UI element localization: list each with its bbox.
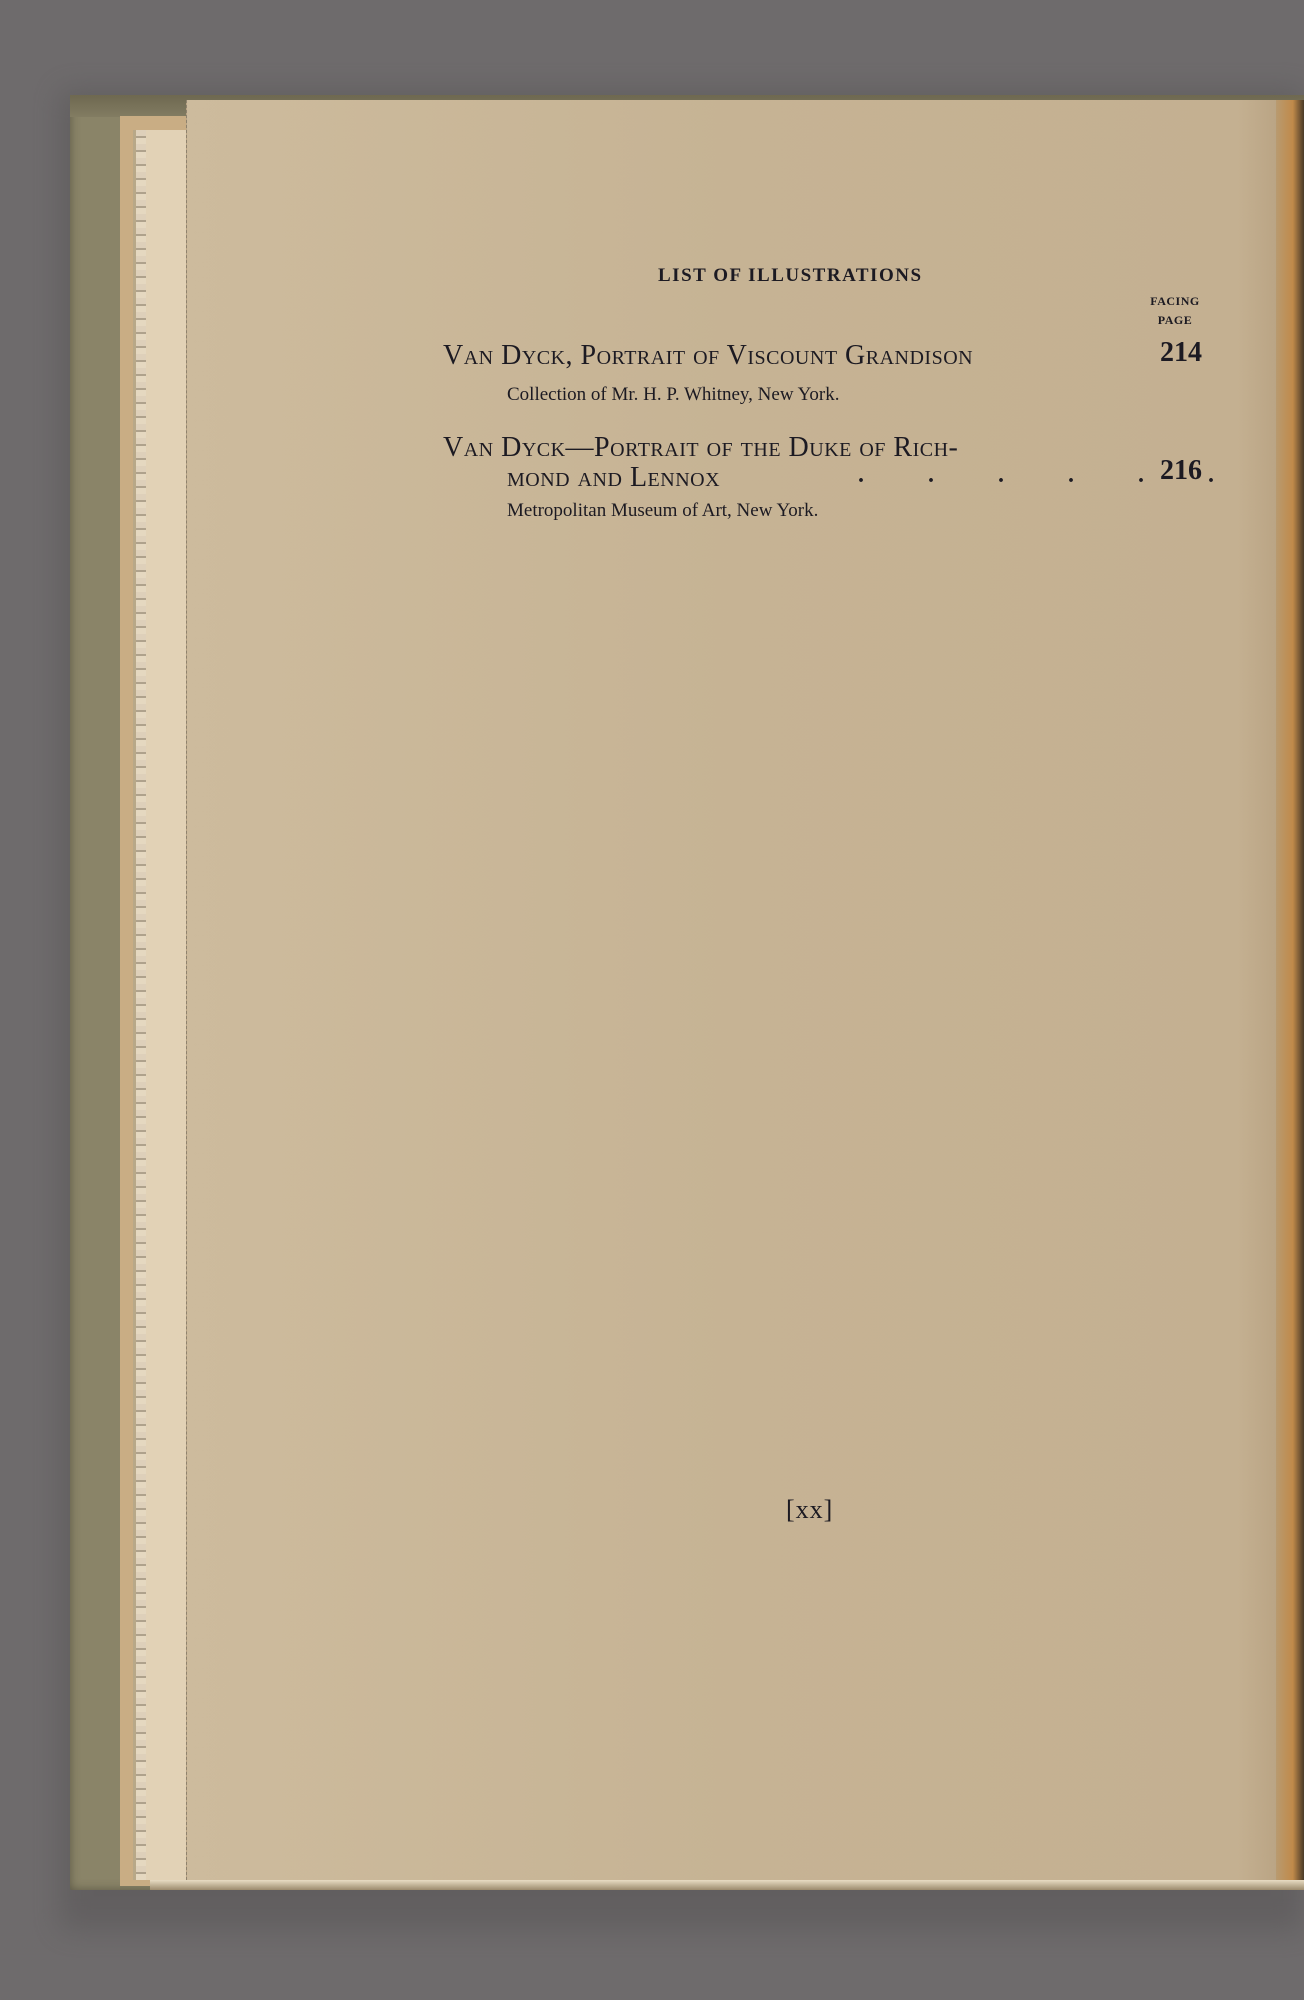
- illustration-entry-2-title-line2: mond and Lennox: [507, 462, 720, 494]
- illustration-entry-2-caption: Metropolitan Museum of Art, New York.: [507, 500, 818, 522]
- deckled-page-edges: [136, 130, 146, 1880]
- illustration-entry-1-caption: Collection of Mr. H. P. Whitney, New Yor…: [507, 384, 840, 406]
- illustration-entry-1-page: 214: [1160, 337, 1202, 369]
- illustration-entry-2-title-line1: Van Dyck—Portrait of the Duke of Rich-: [443, 432, 958, 464]
- page-folio-number: [xx]: [786, 1495, 833, 1525]
- facing-page-column-header: FACING PAGE: [1140, 292, 1210, 330]
- page-gutter: [1276, 100, 1304, 1890]
- illustration-entry-2-page: 216: [1160, 455, 1202, 487]
- page-bottom-edge: [150, 1880, 1304, 1890]
- page-label: PAGE: [1140, 311, 1210, 330]
- facing-label: FACING: [1140, 292, 1210, 311]
- page-heading: LIST OF ILLUSTRATIONS: [658, 265, 923, 287]
- illustration-entry-1-title: Van Dyck, Portrait of Viscount Grandison: [443, 340, 973, 372]
